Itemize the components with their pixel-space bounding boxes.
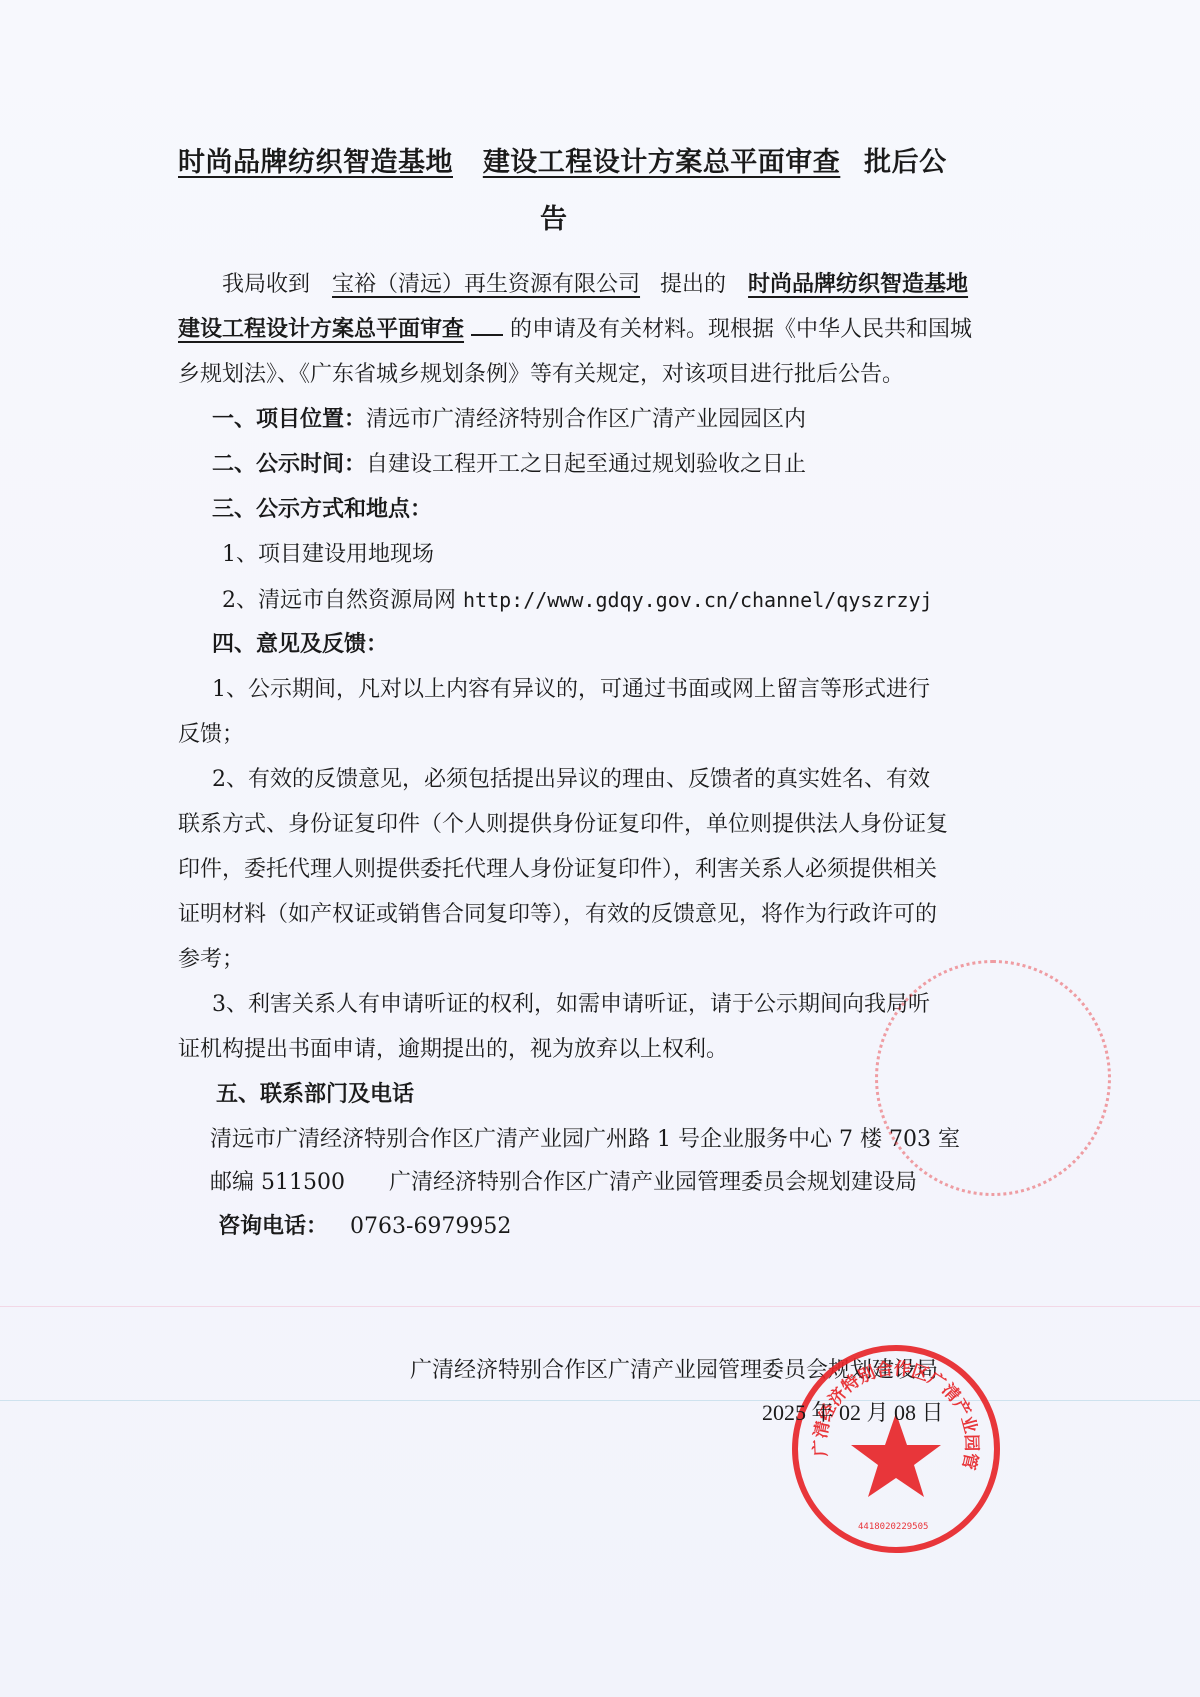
contact-phone-row: 咨询电话： 0763-6979952 [218,1212,511,1242]
intro-rest: 的申请及有关材料。现根据《中华人民共和国城 [510,317,972,342]
feedback-line: 反馈； [178,720,244,750]
contact-postcode-department: 邮编 511500 广清经济特别合作区广清产业园管理委员会规划建设局 [210,1168,917,1198]
feedback-line: 证机构提出书面申请，逾期提出的，视为放弃以上权利。 [178,1035,728,1065]
feedback-line: 证明材料（如产权证或销售合同复印等），有效的反馈意见，将作为行政许可的 [178,900,937,930]
intro-line3: 乡规划法》、《广东省城乡规划条例》等有关规定，对该项目进行批后公告。 [178,360,904,390]
section-project-location: 一、项目位置：清远市广清经济特别合作区广清产业园园区内 [212,405,806,435]
feedback-line: 2、有效的反馈意见，必须包括提出异议的理由、反馈者的真实姓名、有效 [212,765,930,795]
feedback-line: 联系方式、身份证复印件（个人则提供身份证复印件，单位则提供法人身份证复 [178,810,948,840]
signature-date: 2025 年 02 月 08 日 [762,1398,944,1428]
feedback-line: 3、利害关系人有申请听证的权利，如需申请听证，请于公示期间向我局听 [212,990,930,1020]
feedback-line: 印件，委托代理人则提供委托代理人身份证复印件），利害关系人必须提供相关 [178,855,937,885]
title-review-content: 建设工程设计方案总平面审查 [483,147,841,178]
feedback-line: 参考； [178,945,244,975]
contact-postcode: 邮编 511500 [210,1170,345,1195]
signature-organization: 广清经济特别合作区广清产业园管理委员会规划建设局 [410,1356,938,1386]
section-heading: 二、公示时间： [212,452,366,477]
section-text: 自建设工程开工之日起至通过规划验收之日止 [366,452,806,477]
section-text: 清远市广清经济特别合作区广清产业园园区内 [366,407,806,432]
section-publicity-method-heading: 三、公示方式和地点： [212,495,432,525]
phone-label: 咨询电话： [218,1214,328,1239]
document-title-line2: 告 [540,205,568,235]
phone-number: 0763-6979952 [350,1214,511,1239]
section-contact-heading: 五、联系部门及电话 [216,1080,414,1110]
intro-middle: 提出的 [660,272,726,297]
seal-code: 4418020229505 [858,1522,928,1532]
scan-artifact-line [0,1306,1200,1307]
title-suffix: 批后公 [864,147,947,178]
contact-department: 广清经济特别合作区广清产业园管理委员会规划建设局 [389,1170,917,1195]
publicity-item-2: 2、清远市自然资源局网 http://www.gdqy.gov.cn/chann… [222,585,933,616]
publicity-item-2-label: 2、清远市自然资源局网 [222,588,456,613]
publicity-item-1: 1、项目建设用地现场 [222,540,434,570]
scan-artifact-line [0,1400,1200,1401]
website-link[interactable]: http://www.gdqy.gov.cn/channel/qyszrzyj [463,588,933,612]
intro-review-content: 建设工程设计方案总平面审查 [178,317,464,342]
section-feedback-heading: 四、意见及反馈： [212,630,388,660]
section-publicity-time: 二、公示时间：自建设工程开工之日起至通过规划验收之日止 [212,450,806,480]
title-project-name: 时尚品牌纺织智造基地 [178,147,453,178]
document-title-line1: 时尚品牌纺织智造基地 建设工程设计方案总平面审查 批后公 [178,148,947,178]
applicant-name: 宝裕（清远）再生资源有限公司 [332,272,640,297]
intro-prefix: 我局收到 [222,272,310,297]
intro-line1: 我局收到 宝裕（清远）再生资源有限公司 提出的 时尚品牌纺织智造基地 [222,270,968,300]
feedback-line: 1、公示期间，凡对以上内容有异议的，可通过书面或网上留言等形式进行 [212,675,930,705]
intro-project-name: 时尚品牌纺织智造基地 [748,272,968,297]
contact-address: 清远市广清经济特别合作区广清产业园广州路 1 号企业服务中心 7 楼 703 室 [210,1125,960,1155]
section-heading: 一、项目位置： [212,407,366,432]
document-page: 时尚品牌纺织智造基地 建设工程设计方案总平面审查 批后公 告 我局收到 宝裕（清… [0,0,1200,1697]
intro-line2: 建设工程设计方案总平面审查 的申请及有关材料。现根据《中华人民共和国城 [178,315,972,345]
